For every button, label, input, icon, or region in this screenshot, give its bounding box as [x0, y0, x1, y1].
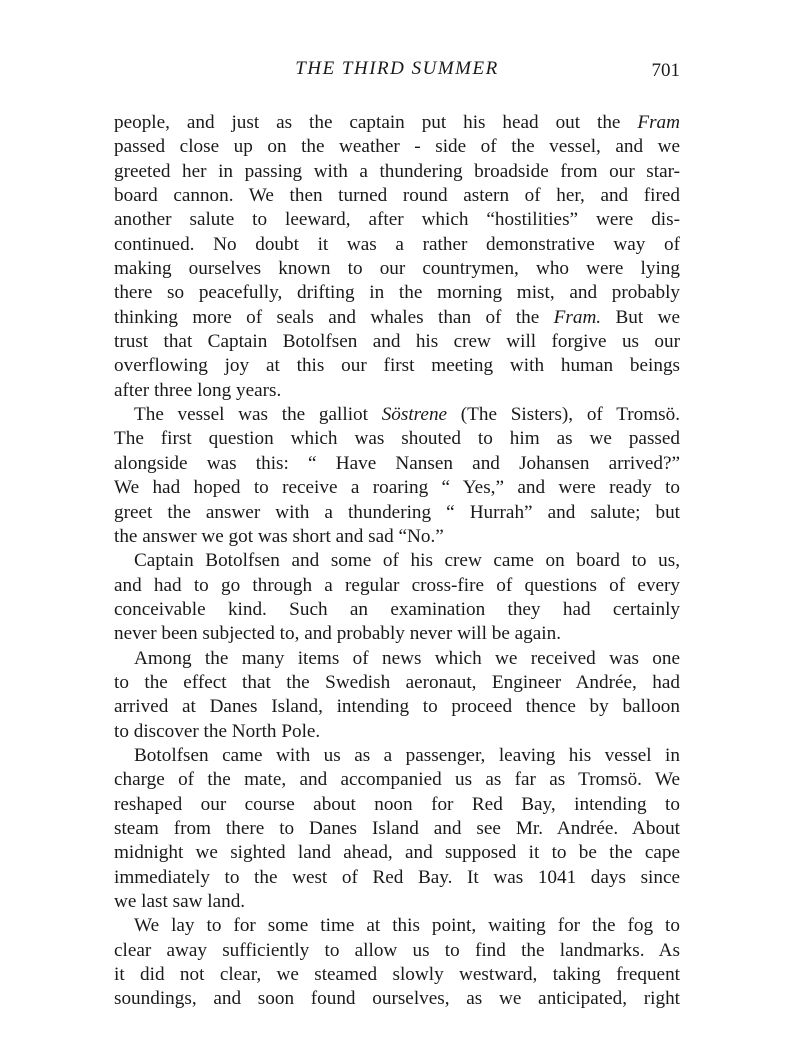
- text-line: reshaped our course about noon for Red B…: [114, 793, 680, 817]
- text-line: clear away sufficiently to allow us to f…: [114, 939, 680, 963]
- text-line: greeted her in passing with a thundering…: [114, 160, 680, 184]
- text-line: and had to go through a regular cross-fi…: [114, 574, 680, 598]
- text-line: to the effect that the Swedish aeronaut,…: [114, 671, 680, 695]
- text-line: the answer we got was short and sad “No.…: [114, 525, 680, 549]
- text-line: steam from there to Danes Island and see…: [114, 817, 680, 841]
- text-line: conceivable kind. Such an examination th…: [114, 598, 680, 622]
- paragraph: Among the many items of news which we re…: [114, 647, 680, 744]
- page-number: 701: [652, 60, 681, 82]
- text-line: soundings, and soon found ourselves, as …: [114, 987, 680, 1011]
- book-page: THE THIRD SUMMER 701 people, and just as…: [0, 0, 800, 1050]
- paragraph: Captain Botolfsen and some of his crew c…: [114, 549, 680, 646]
- text-line: board cannon. We then turned round aster…: [114, 184, 680, 208]
- text-line: never been subjected to, and probably ne…: [114, 622, 680, 646]
- text-line: The vessel was the galliot Söstrene (The…: [114, 403, 680, 427]
- text-line: overflowing joy at this our first meetin…: [114, 354, 680, 378]
- text-line: making ourselves known to our countrymen…: [114, 257, 680, 281]
- text-line: We had hoped to receive a roaring “ Yes,…: [114, 476, 680, 500]
- text-line: We lay to for some time at this point, w…: [114, 914, 680, 938]
- text-line: there so peacefully, drifting in the mor…: [114, 281, 680, 305]
- paragraph: Botolfsen came with us as a passenger, l…: [114, 744, 680, 914]
- text-line: after three long years.: [114, 379, 680, 403]
- running-title: THE THIRD SUMMER: [114, 58, 680, 80]
- text-line: immediately to the west of Red Bay. It w…: [114, 866, 680, 890]
- text-line: Among the many items of news which we re…: [114, 647, 680, 671]
- text-line: midnight we sighted land ahead, and supp…: [114, 841, 680, 865]
- text-line: Captain Botolfsen and some of his crew c…: [114, 549, 680, 573]
- paragraph: people, and just as the captain put his …: [114, 111, 680, 403]
- text-line: another salute to leeward, after which “…: [114, 208, 680, 232]
- paragraph: The vessel was the galliot Söstrene (The…: [114, 403, 680, 549]
- text-line: continued. No doubt it was a rather demo…: [114, 233, 680, 257]
- text-line: people, and just as the captain put his …: [114, 111, 680, 135]
- text-line: Botolfsen came with us as a passenger, l…: [114, 744, 680, 768]
- paragraph: We lay to for some time at this point, w…: [114, 914, 680, 1011]
- text-line: thinking more of seals and whales than o…: [114, 306, 680, 330]
- text-line: it did not clear, we steamed slowly west…: [114, 963, 680, 987]
- text-line: arrived at Danes Island, intending to pr…: [114, 695, 680, 719]
- text-line: trust that Captain Botolfsen and his cre…: [114, 330, 680, 354]
- text-line: passed close up on the weather - side of…: [114, 135, 680, 159]
- text-line: alongside was this: “ Have Nansen and Jo…: [114, 452, 680, 476]
- running-head: THE THIRD SUMMER 701: [114, 58, 680, 84]
- text-line: The first question which was shouted to …: [114, 427, 680, 451]
- text-line: to discover the North Pole.: [114, 720, 680, 744]
- text-line: we last saw land.: [114, 890, 680, 914]
- body-text: people, and just as the captain put his …: [114, 111, 680, 1012]
- text-line: greet the answer with a thundering “ Hur…: [114, 501, 680, 525]
- text-line: charge of the mate, and accompanied us a…: [114, 768, 680, 792]
